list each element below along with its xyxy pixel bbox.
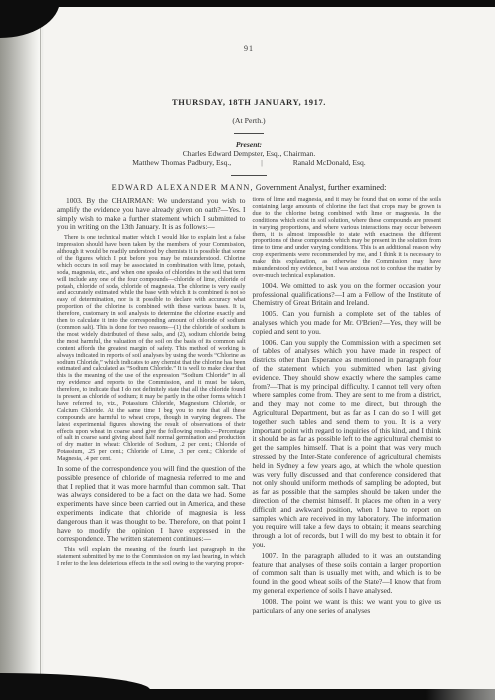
qa-paragraph-1003: 1003. By the CHAIRMAN: We understand you…	[57, 197, 246, 232]
page-number: 91	[57, 44, 441, 53]
qa-paragraph-1007: 1007. In the paragraph alluded to it was…	[253, 552, 442, 596]
left-column: 1003. By the CHAIRMAN: We understand you…	[57, 197, 246, 615]
scan-edge-top	[0, 0, 495, 7]
witness-name: EDWARD ALEXANDER MANN,	[112, 183, 254, 192]
qa-paragraph-1004: 1004. We omitted to ask you on the forme…	[253, 282, 442, 308]
present-label: Present:	[57, 140, 441, 149]
members-row: Matthew Thomas Padbury, Esq., | Ranald M…	[57, 158, 441, 167]
member-name-right: Ranald McDonald, Esq.	[293, 158, 366, 167]
book-gutter-shadow	[0, 0, 44, 700]
statement-paragraph-continuation: tions of lime and magnesia, and it may b…	[253, 197, 442, 280]
divider-rule	[234, 133, 264, 134]
two-column-text: 1003. By the CHAIRMAN: We understand you…	[57, 197, 441, 615]
witness-heading: EDWARD ALEXANDER MANN, Government Analys…	[57, 183, 441, 193]
member-separator: |	[261, 158, 263, 167]
page-crease-line	[40, 7, 41, 689]
chairman-name: Charles Edward Dempster, Esq., Chairman.	[57, 149, 441, 158]
session-date-heading: THURSDAY, 18TH JANUARY, 1917.	[57, 97, 441, 107]
right-column: tions of lime and magnesia, and it may b…	[253, 197, 442, 615]
scan-corner-bottom-left	[0, 673, 150, 690]
witness-role: Government Analyst, further examined:	[254, 183, 387, 192]
qa-paragraph-1006: 1006. Can you supply the Commission with…	[253, 339, 442, 550]
scan-edge-bottom	[0, 689, 495, 700]
statement-paragraph: This will explain the meaning of the fou…	[57, 547, 246, 568]
qa-paragraph-1005: 1005. Can you furnish a complete set of …	[253, 310, 442, 336]
divider-rule	[231, 175, 267, 176]
session-location: (At Perth.)	[57, 116, 441, 125]
qa-paragraph-1008: 1008. The point we want is this: we want…	[253, 598, 442, 616]
member-name-left: Matthew Thomas Padbury, Esq.,	[132, 158, 231, 167]
document-page: 91 THURSDAY, 18TH JANUARY, 1917. (At Per…	[57, 0, 441, 615]
statement-paragraph: There is one technical matter which I wo…	[57, 235, 246, 463]
qa-paragraph-continuation: In some of the correspondence you will f…	[57, 465, 246, 544]
